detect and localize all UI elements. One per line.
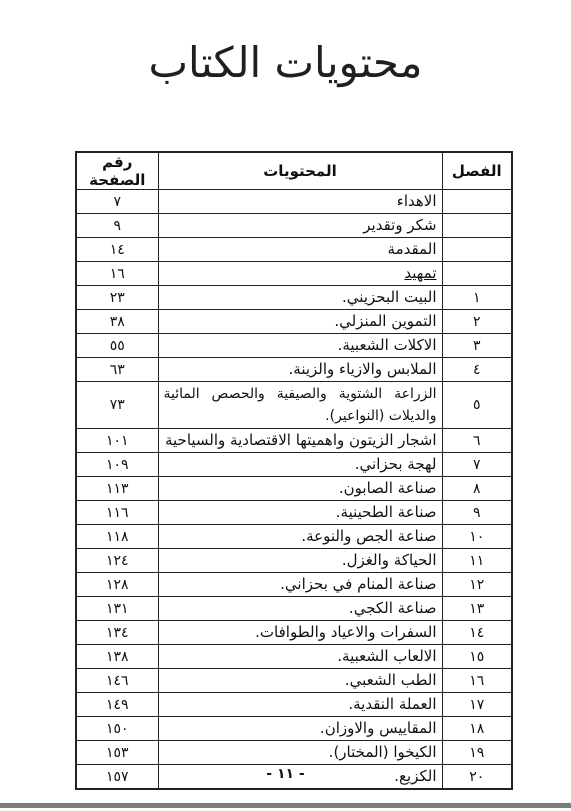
content-title-cell: السفرات والاعياد والطوافات. [158,621,442,645]
page-number-cell: ٩ [76,214,158,238]
toc-row: ٤الملابس والازياء والزينة.٦٣ [76,358,512,382]
chapter-number-cell: ١٧ [442,693,512,717]
chapter-number-cell: ١٣ [442,597,512,621]
toc-row: ١٦الطب الشعبي.١٤٦ [76,669,512,693]
page-number-cell: ١٣١ [76,597,158,621]
page-number-cell: ١٥٠ [76,717,158,741]
chapter-number-cell: ١٥ [442,645,512,669]
header-contents: المحتويات [158,152,442,190]
toc-row: ١٩الكيخوا (المختار).١٥٣ [76,741,512,765]
page-number-cell: ١٥٣ [76,741,158,765]
content-title-cell: تمهيد [158,262,442,286]
content-title-cell: الاكلات الشعبية. [158,334,442,358]
content-title-cell: اشجار الزيتون واهميتها الاقتصادية والسيا… [158,429,442,453]
page-number-cell: ٢٣ [76,286,158,310]
chapter-number-cell: ١٠ [442,525,512,549]
content-title-text: صناعة المنام في بحزاني. [164,574,437,595]
content-title-cell: شكر وتقدير [158,214,442,238]
page-number-cell: ٣٨ [76,310,158,334]
content-title-text: العملة النقدية. [164,694,437,715]
chapter-number-cell: ٤ [442,358,512,382]
content-title-text: الملابس والازياء والزينة. [164,359,437,380]
page-number-cell: ١٤٩ [76,693,158,717]
chapter-number-cell: ١٢ [442,573,512,597]
chapter-number-cell: ١١ [442,549,512,573]
table-of-contents: الفصل المحتويات رقم الصفحة الاهداء٧شكر و… [75,151,513,790]
page-number-cell: ١٠١ [76,429,158,453]
page-number-cell: ١٢٤ [76,549,158,573]
page-number-cell: ١٦ [76,262,158,286]
content-title-cell: صناعة الطحينية. [158,501,442,525]
toc-row: ١البيت البحزيني.٢٣ [76,286,512,310]
header-chapter: الفصل [442,152,512,190]
chapter-number-cell: ٨ [442,477,512,501]
toc-row: الاهداء٧ [76,190,512,214]
toc-row: ٧لهجة بحزاني.١٠٩ [76,453,512,477]
content-title-text: الاكلات الشعبية. [164,335,437,356]
content-title-cell: المقاييس والاوزان. [158,717,442,741]
content-title-cell: الكيخوا (المختار). [158,741,442,765]
content-title-cell: صناعة الصابون. [158,477,442,501]
content-title-text: المقدمة [164,239,437,260]
content-title-cell: البيت البحزيني. [158,286,442,310]
toc-row: ١٨المقاييس والاوزان.١٥٠ [76,717,512,741]
toc-header-row: الفصل المحتويات رقم الصفحة [76,152,512,190]
content-title-text: الاهداء [164,191,437,212]
content-title-cell: الالعاب الشعبية. [158,645,442,669]
chapter-number-cell: ١٤ [442,621,512,645]
page-number-cell: ٧ [76,190,158,214]
toc-row: ١٠صناعة الجص والنوعة.١١٨ [76,525,512,549]
scanned-book-page: محتويات الكتاب الفصل المحتويات رقم الصفح… [0,0,571,811]
toc-header: الفصل المحتويات رقم الصفحة [76,152,512,190]
page-number-cell: ١٠٩ [76,453,158,477]
content-title-cell: العملة النقدية. [158,693,442,717]
content-title-text: الكيخوا (المختار). [164,742,437,763]
content-title-cell: المقدمة [158,238,442,262]
page-number-cell: ١١٣ [76,477,158,501]
toc-row: ٦اشجار الزيتون واهميتها الاقتصادية والسي… [76,429,512,453]
page-number-cell: ١٤ [76,238,158,262]
toc-row: ٣الاكلات الشعبية.٥٥ [76,334,512,358]
chapter-number-cell: ٦ [442,429,512,453]
content-title-text: الطب الشعبي. [164,670,437,691]
content-title-text: صناعة الكجي. [164,598,437,619]
page-number-cell: ١٣٨ [76,645,158,669]
page-number-cell: ١٣٤ [76,621,158,645]
toc-row: ٩صناعة الطحينية.١١٦ [76,501,512,525]
page-number-cell: ٦٣ [76,358,158,382]
content-title-text: الزراعة الشتوية والصيفية والحصص المائية … [164,383,437,427]
chapter-number-cell: ١٩ [442,741,512,765]
toc-row: ١٧العملة النقدية.١٤٩ [76,693,512,717]
chapter-number-cell: ٢ [442,310,512,334]
content-title-text: السفرات والاعياد والطوافات. [164,622,437,643]
content-title-text: اشجار الزيتون واهميتها الاقتصادية والسيا… [164,430,437,451]
toc-row: ٥الزراعة الشتوية والصيفية والحصص المائية… [76,382,512,429]
content-title-cell: الملابس والازياء والزينة. [158,358,442,382]
book-contents-title: محتويات الكتاب [0,38,571,87]
page-number-cell: ٧٣ [76,382,158,429]
scan-edge-bar [0,803,571,808]
page-number-cell: ١٢٨ [76,573,158,597]
content-title-text: التموين المنزلي. [164,311,437,332]
chapter-number-cell: ٥ [442,382,512,429]
page-number-cell: ٥٥ [76,334,158,358]
content-title-text: شكر وتقدير [164,215,437,236]
toc-row: ١٣صناعة الكجي.١٣١ [76,597,512,621]
content-title-cell: لهجة بحزاني. [158,453,442,477]
toc-row: ١١الحياكة والغزل.١٢٤ [76,549,512,573]
content-title-text: صناعة الطحينية. [164,502,437,523]
content-title-text: الحياكة والغزل. [164,550,437,571]
content-title-text: الالعاب الشعبية. [164,646,437,667]
header-page-number: رقم الصفحة [76,152,158,190]
content-title-cell: صناعة المنام في بحزاني. [158,573,442,597]
content-title-text: البيت البحزيني. [164,287,437,308]
chapter-number-cell: ١٦ [442,669,512,693]
content-title-text: صناعة الصابون. [164,478,437,499]
content-title-text: المقاييس والاوزان. [164,718,437,739]
chapter-number-cell: ١ [442,286,512,310]
page-number-cell: ١١٦ [76,501,158,525]
toc-row: ١٤السفرات والاعياد والطوافات.١٣٤ [76,621,512,645]
toc-table-body: الاهداء٧شكر وتقدير٩المقدمة١٤تمهيد١٦١البي… [76,190,512,790]
chapter-number-cell: ٧ [442,453,512,477]
content-title-text: صناعة الجص والنوعة. [164,526,437,547]
content-title-cell: التموين المنزلي. [158,310,442,334]
chapter-number-cell [442,262,512,286]
toc-row: ٢التموين المنزلي.٣٨ [76,310,512,334]
content-title-text: تمهيد [164,263,437,284]
page-number-footer: - ١١ - [0,766,571,782]
content-title-cell: الحياكة والغزل. [158,549,442,573]
chapter-number-cell [442,238,512,262]
chapter-number-cell [442,190,512,214]
page-number-cell: ١٤٦ [76,669,158,693]
toc-row: تمهيد١٦ [76,262,512,286]
toc-row: شكر وتقدير٩ [76,214,512,238]
content-title-cell: الاهداء [158,190,442,214]
content-title-cell: الزراعة الشتوية والصيفية والحصص المائية … [158,382,442,429]
toc-row: ٨صناعة الصابون.١١٣ [76,477,512,501]
chapter-number-cell: ٩ [442,501,512,525]
content-title-cell: الطب الشعبي. [158,669,442,693]
toc-row: ١٥الالعاب الشعبية.١٣٨ [76,645,512,669]
page-number-cell: ١١٨ [76,525,158,549]
content-title-cell: صناعة الجص والنوعة. [158,525,442,549]
chapter-number-cell: ٣ [442,334,512,358]
chapter-number-cell: ١٨ [442,717,512,741]
toc-row: ١٢صناعة المنام في بحزاني.١٢٨ [76,573,512,597]
chapter-number-cell [442,214,512,238]
toc-row: المقدمة١٤ [76,238,512,262]
content-title-cell: صناعة الكجي. [158,597,442,621]
content-title-text: لهجة بحزاني. [164,454,437,475]
